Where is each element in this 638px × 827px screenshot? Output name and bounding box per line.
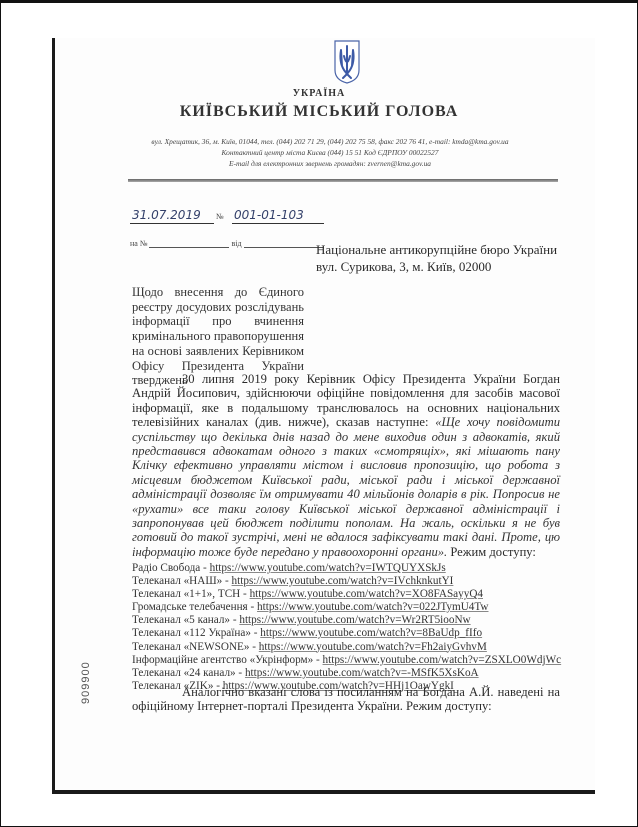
source-link-row: Телеканал «24 канал» - https://www.youtu… bbox=[132, 667, 572, 680]
body-paragraph-2: Аналогічно вказані слова із посиланням н… bbox=[132, 685, 560, 714]
registration-number: 001-01-103 bbox=[232, 208, 324, 224]
source-link-row: Телеканал «НАШ» - https://www.youtube.co… bbox=[132, 575, 572, 588]
paragraph-2-text: Аналогічно вказані слова із посиланням н… bbox=[132, 685, 560, 713]
source-label: Радіо Свобода - bbox=[132, 562, 210, 574]
registration-number-label: № bbox=[216, 212, 224, 221]
source-url-link[interactable]: https://www.youtube.com/watch?v=-MSfK5Xs… bbox=[245, 667, 479, 679]
contacts-email: E-mail для електронних звернень громадян… bbox=[100, 158, 560, 169]
body-paragraph-1: 30 липня 2019 року Керівник Офісу Презид… bbox=[132, 372, 560, 559]
reference-line: на № від bbox=[130, 239, 324, 248]
source-link-row: Радіо Свобода - https://www.youtube.com/… bbox=[132, 562, 572, 575]
source-label: Телеканал «НАШ» - bbox=[132, 575, 232, 587]
source-label: Громадське телебачення - bbox=[132, 601, 257, 613]
paragraph-1-tail: Режим доступу: bbox=[447, 545, 536, 559]
source-link-row: Телеканал «1+1», ТСН - https://www.youtu… bbox=[132, 588, 572, 601]
source-url-link[interactable]: https://www.youtube.com/watch?v=XO8FASay… bbox=[250, 588, 483, 600]
reference-date-blank bbox=[244, 247, 324, 248]
recipient-address: вул. Сурикова, 3, м. Київ, 02000 bbox=[316, 258, 557, 275]
source-label: Телеканал «112 Україна» - bbox=[132, 627, 260, 639]
source-url-link[interactable]: https://www.youtube.com/watch?v=8BaUdp_f… bbox=[260, 627, 482, 639]
contacts-call-center: Контактний центр міста Києва (044) 15 51… bbox=[100, 147, 560, 158]
source-url-link[interactable]: https://www.youtube.com/watch?v=IWTQUYXS… bbox=[210, 562, 446, 574]
reference-from-label: від bbox=[231, 239, 241, 248]
reference-number-blank bbox=[149, 247, 229, 248]
source-url-link[interactable]: https://www.youtube.com/watch?v=IVchknku… bbox=[232, 575, 454, 587]
source-link-row: Інформаційне агентство «Укрінформ» - htt… bbox=[132, 654, 572, 667]
country-heading: УКРАЇНА bbox=[0, 88, 638, 99]
source-label: Телеканал «5 канал» - bbox=[132, 614, 239, 626]
letterhead-divider bbox=[128, 179, 558, 182]
source-label: Телеканал «1+1», ТСН - bbox=[132, 588, 250, 600]
reference-number-label: на № bbox=[130, 239, 147, 248]
source-label: Телеканал «NEWSONE» - bbox=[132, 641, 259, 653]
source-url-link[interactable]: https://www.youtube.com/watch?v=ZSXLO0Wd… bbox=[323, 654, 562, 666]
source-links-list: Радіо Свобода - https://www.youtube.com/… bbox=[132, 562, 572, 693]
source-link-row: Телеканал «112 Україна» - https://www.yo… bbox=[132, 627, 572, 640]
registration-date: 31.07.2019 bbox=[130, 208, 214, 224]
source-url-link[interactable]: https://www.youtube.com/watch?v=Wr2RT5io… bbox=[239, 614, 470, 626]
source-label: Інформаційне агентство «Укрінформ» - bbox=[132, 654, 323, 666]
recipient-name: Національне антикорупційне бюро України bbox=[316, 241, 557, 258]
contacts-address: вул. Хрещатик, 36, м. Київ, 01044, тел. … bbox=[100, 136, 560, 147]
trident-coat-of-arms-icon bbox=[334, 40, 360, 84]
contacts-block: вул. Хрещатик, 36, м. Київ, 01044, тел. … bbox=[100, 136, 560, 169]
source-label: Телеканал «24 канал» - bbox=[132, 667, 245, 679]
office-heading: КИЇВСЬКИЙ МІСЬКИЙ ГОЛОВА bbox=[0, 103, 638, 121]
source-link-row: Телеканал «NEWSONE» - https://www.youtub… bbox=[132, 641, 572, 654]
side-stamp-number: 909900 bbox=[80, 640, 96, 704]
top-border bbox=[0, 0, 638, 3]
source-url-link[interactable]: https://www.youtube.com/watch?v=Fh2aiyGv… bbox=[259, 641, 487, 653]
paragraph-1-quote: «Ще хочу повідомити суспільству що декіл… bbox=[132, 415, 560, 559]
source-url-link[interactable]: https://www.youtube.com/watch?v=022JTymU… bbox=[257, 601, 488, 613]
source-link-row: Громадське телебачення - https://www.you… bbox=[132, 601, 572, 614]
recipient-block: Національне антикорупційне бюро України … bbox=[316, 241, 557, 275]
source-link-row: Телеканал «5 канал» - https://www.youtub… bbox=[132, 614, 572, 627]
